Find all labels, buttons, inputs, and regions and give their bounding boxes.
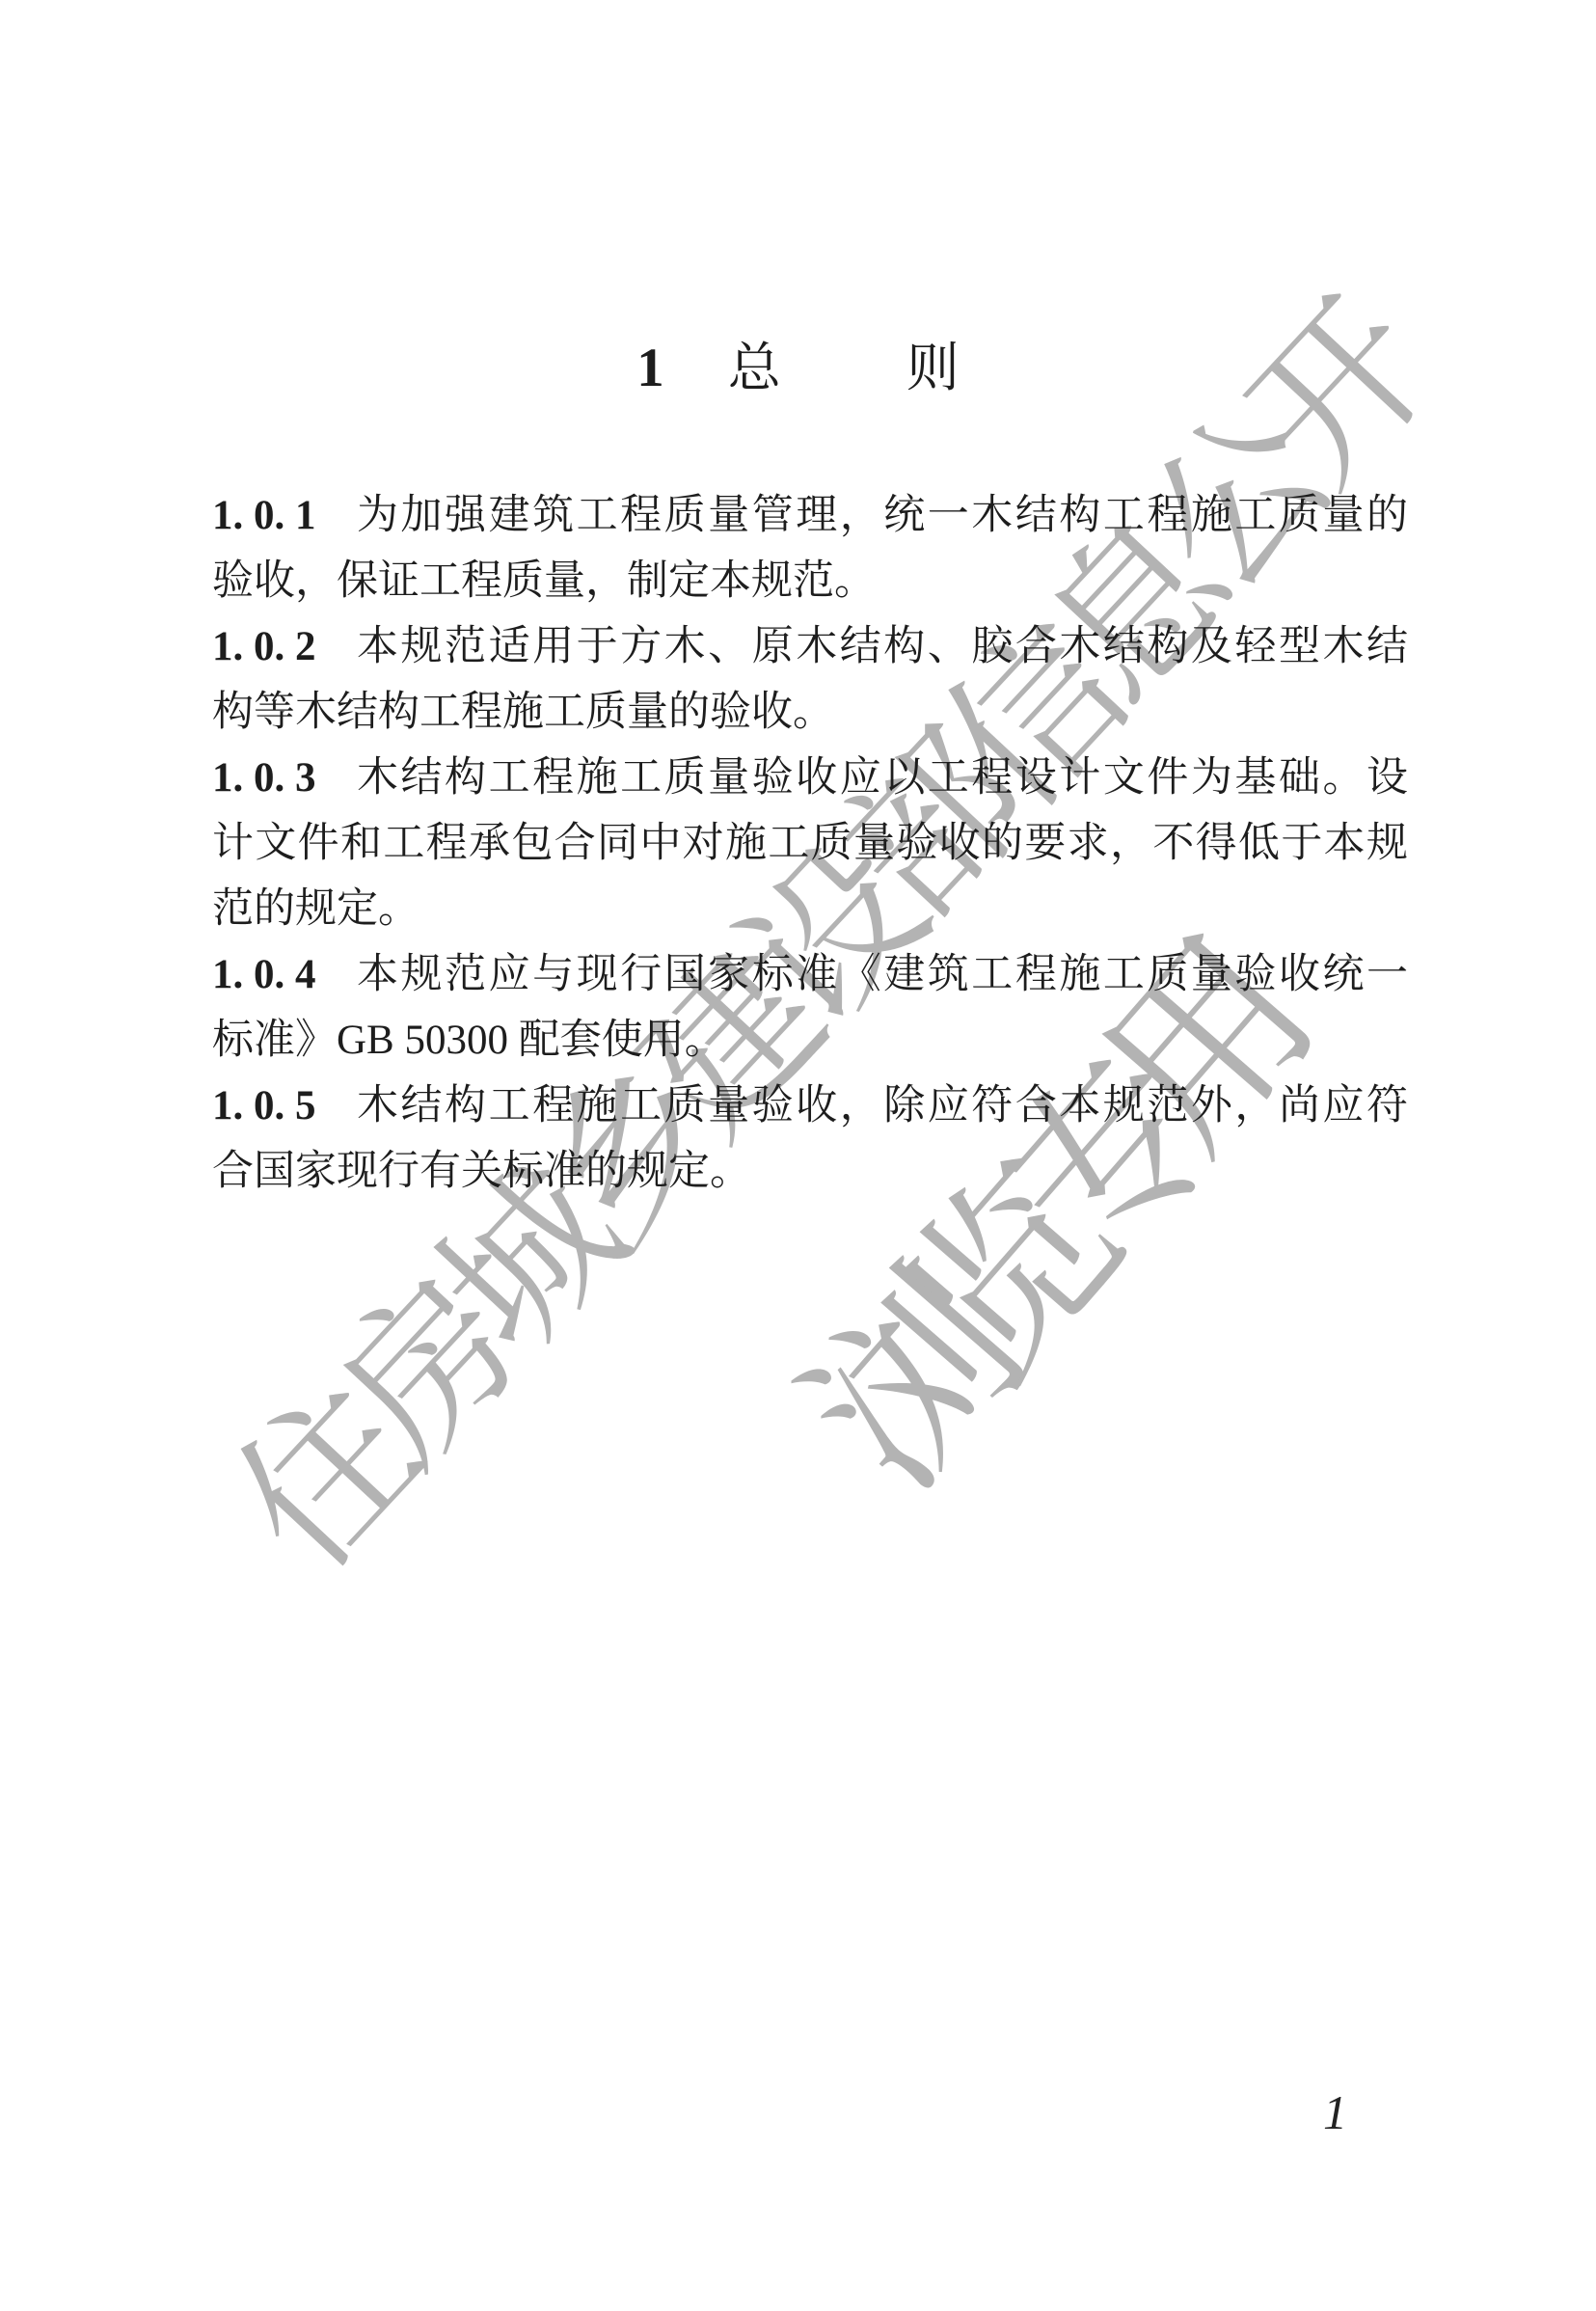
clause-text: 为加强建筑工程质量管理，统一木结构工程施工质量的 — [355, 493, 1409, 538]
clause-text: 木结构工程施工质量验收，除应符合本规范外，尚应符 — [355, 1083, 1409, 1128]
clause-text: 标准》GB 50300 配套使用。 — [212, 1018, 726, 1063]
clause-text: 木结构工程施工质量验收应以工程设计文件为基础。设 — [355, 755, 1409, 801]
clause-text: 验收，保证工程质量，制定本规范。 — [212, 558, 876, 604]
clause-number: 1. 0. 1 — [212, 483, 316, 549]
clause-text: 计文件和工程承包合同中对施工质量验收的要求，不得低于本规 — [212, 821, 1408, 866]
clause-number: 1. 0. 2 — [212, 614, 316, 680]
chapter-title-char-right: 则 — [906, 338, 960, 399]
document-page: 住房城乡建设部信息公开 浏览专用 1 总 则 1. 0. 1为加强建筑工程质量管… — [0, 0, 1596, 2311]
body-text-block: 1. 0. 1为加强建筑工程质量管理，统一木结构工程施工质量的 验收，保证工程质… — [212, 483, 1408, 1205]
clause-text: 范的规定。 — [212, 886, 419, 932]
body-line: 1. 0. 5木结构工程施工质量验收，除应符合本规范外，尚应符 — [212, 1074, 1408, 1139]
chapter-title: 1 总 则 — [0, 338, 1596, 399]
body-line: 1. 0. 4本规范应与现行国家标准《建筑工程施工质量验收统一 — [212, 942, 1408, 1008]
body-line: 验收，保证工程质量，制定本规范。 — [212, 549, 1408, 614]
body-line: 合国家现行有关标准的规定。 — [212, 1139, 1408, 1205]
page-number: 1 — [1323, 2083, 1347, 2141]
body-line: 构等木结构工程施工质量的验收。 — [212, 680, 1408, 746]
clause-text: 合国家现行有关标准的规定。 — [212, 1149, 751, 1194]
body-line: 计文件和工程承包合同中对施工质量验收的要求，不得低于本规 — [212, 811, 1408, 877]
body-line: 1. 0. 1为加强建筑工程质量管理，统一木结构工程施工质量的 — [212, 483, 1408, 549]
chapter-number: 1 — [636, 338, 664, 399]
clause-text: 构等木结构工程施工质量的验收。 — [212, 690, 834, 735]
clause-number: 1. 0. 5 — [212, 1074, 316, 1139]
clause-text: 本规范适用于方木、原木结构、胶合木结构及轻型木结 — [355, 624, 1409, 669]
body-line: 标准》GB 50300 配套使用。 — [212, 1008, 1408, 1074]
body-line: 1. 0. 3木结构工程施工质量验收应以工程设计文件为基础。设 — [212, 746, 1408, 811]
body-line: 1. 0. 2本规范适用于方木、原木结构、胶合木结构及轻型木结 — [212, 614, 1408, 680]
clause-text: 本规范应与现行国家标准《建筑工程施工质量验收统一 — [355, 952, 1409, 997]
chapter-title-char-left: 总 — [728, 338, 781, 399]
clause-number: 1. 0. 4 — [212, 942, 316, 1008]
body-line: 范的规定。 — [212, 877, 1408, 942]
clause-number: 1. 0. 3 — [212, 746, 316, 811]
